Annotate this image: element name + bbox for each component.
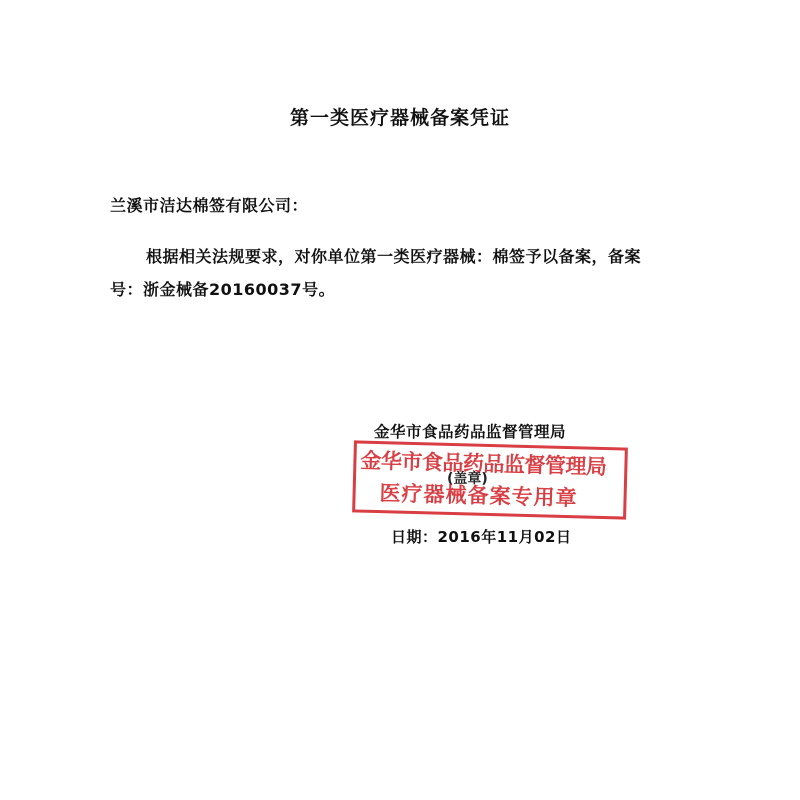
addressee: 兰溪市洁达棉签有限公司： [110,193,308,216]
document-title: 第一类医疗器械备案凭证 [0,103,800,130]
stamp-line-authority: 金华市食品药品监督管理局 [360,445,623,482]
official-stamp: 金华市食品药品监督管理局 医疗器械备案专用章 [352,440,628,519]
issuing-authority: 金华市食品药品监督管理局 [374,420,566,442]
body-paragraph: 根据相关法规要求，对你单位第一类医疗器械：棉签予以备案，备案号：浙金械备2016… [110,240,670,306]
stamp-line-purpose: 医疗器械备案专用章 [379,477,610,513]
issue-date: 日期：2016年11月02日 [391,526,572,547]
